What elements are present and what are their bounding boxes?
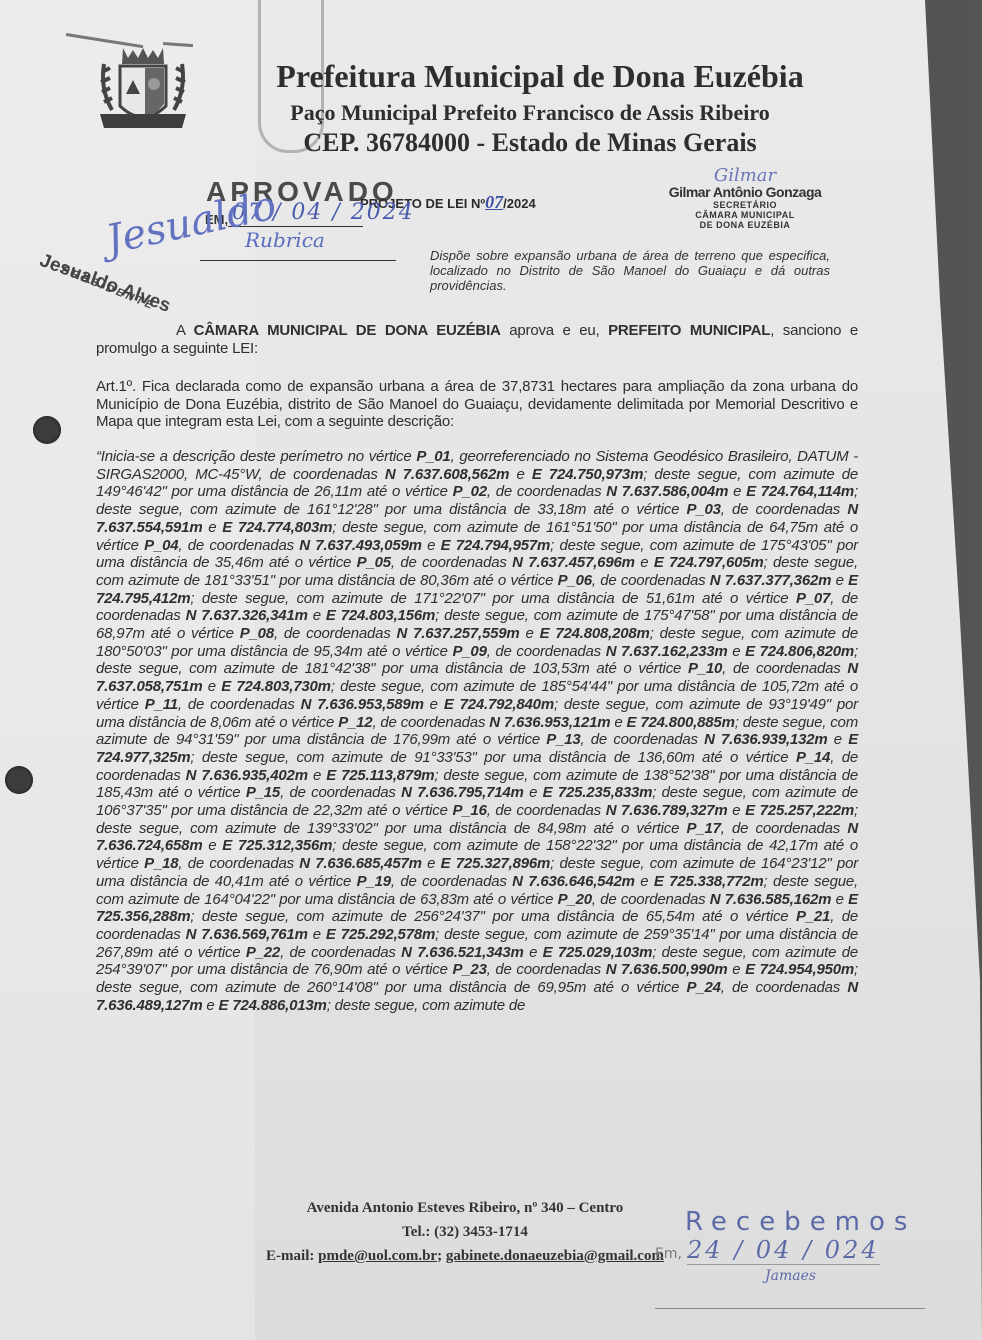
receipt-date: 24 / 04 / 024 xyxy=(687,1236,880,1265)
secretary-title: SECRETÁRIO xyxy=(650,200,840,210)
municipal-coat-of-arms-icon xyxy=(98,44,188,136)
receipt-word: Recebemos xyxy=(685,1208,916,1236)
secretary-stamp: Gilmar Gilmar Antônio Gonzaga SECRETÁRIO… xyxy=(650,168,840,230)
enactment-clause: A CÂMARA MUNICIPAL DE DONA EUZÉBIA aprov… xyxy=(96,322,858,357)
secretary-city: DE DONA EUZÉBIA xyxy=(650,220,840,230)
municipality-subtitle: Paço Municipal Prefeito Francisco de Ass… xyxy=(200,100,860,126)
receipt-rubrica: Jamaes xyxy=(765,1268,916,1284)
bill-number-handwritten: 07 xyxy=(485,192,503,212)
email-link-pmde[interactable]: pmde@uol.com.br xyxy=(318,1248,437,1264)
receipt-date-label: Em, xyxy=(655,1246,682,1262)
footer-phone: Tel.: (32) 3453-1714 xyxy=(200,1220,730,1244)
receipt-signature-line xyxy=(655,1308,925,1309)
receipt-stamp: Recebemos Em, 24 / 04 / 024 Jamaes xyxy=(655,1208,916,1284)
secretary-name: Gilmar Antônio Gonzaga xyxy=(650,184,840,200)
letterhead-footer: Avenida Antonio Esteves Ribeiro, nº 340 … xyxy=(200,1196,730,1268)
signature-line xyxy=(200,260,396,261)
bill-summary: Dispõe sobre expansão urbana de área de … xyxy=(430,248,830,293)
cep-line: CEP. 36784000 - Estado de Minas Gerais xyxy=(200,128,860,158)
punch-hole xyxy=(33,416,61,444)
bill-year: /2024 xyxy=(503,196,536,211)
municipality-title: Prefeitura Municipal de Dona Euzébia xyxy=(210,58,870,95)
secretary-signature: Gilmar xyxy=(650,168,840,184)
secretary-chamber: CÂMARA MUNICIPAL xyxy=(650,210,840,220)
perimeter-description: “Inicia-se a descrição deste perímetro n… xyxy=(96,448,858,1015)
article-1: Art.1º. Fica declarada como de expansão … xyxy=(96,378,858,431)
punch-hole xyxy=(5,766,33,794)
email-link-gabinete[interactable]: gabinete.donaeuzebia@gmail.com xyxy=(446,1248,664,1264)
footer-email: E-mail: pmde@uol.com.br; gabinete.donaeu… xyxy=(200,1244,730,1268)
footer-address: Avenida Antonio Esteves Ribeiro, nº 340 … xyxy=(200,1196,730,1220)
